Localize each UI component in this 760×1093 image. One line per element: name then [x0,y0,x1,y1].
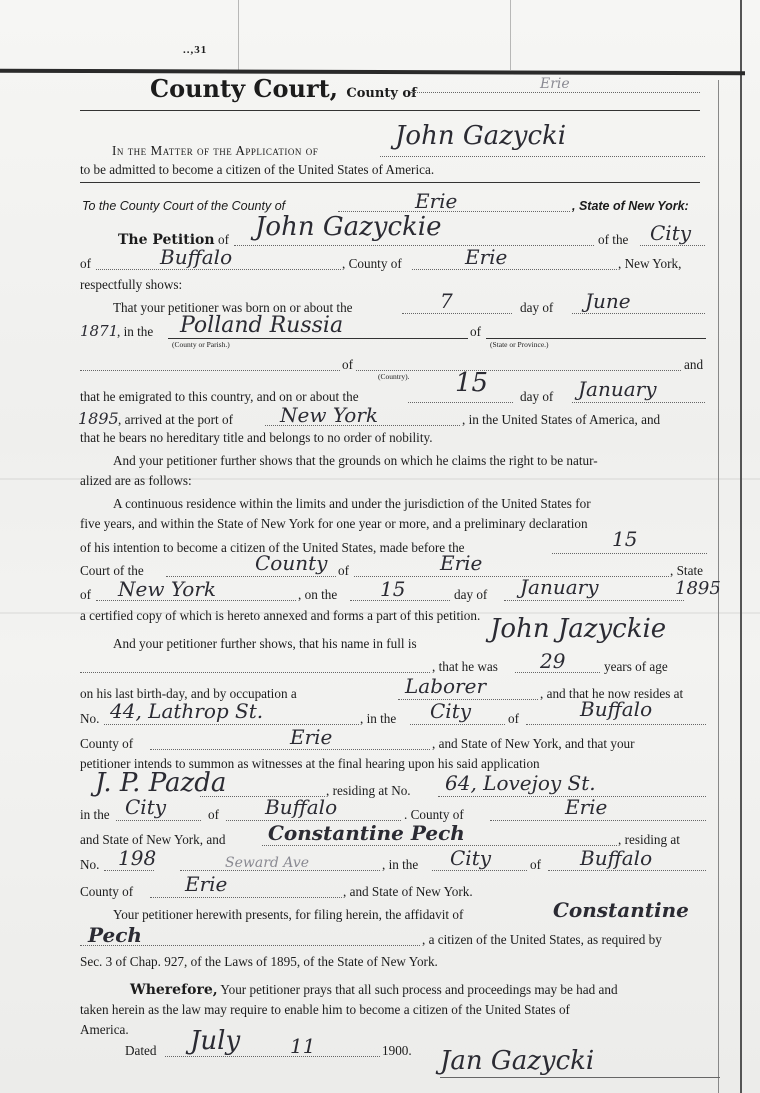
matter-prefix: In the Matter of the Application of [112,143,318,159]
birth-place: Polland Russia [180,315,343,337]
residence-type: City [430,700,471,722]
birth-year: 1871 [80,320,118,342]
affiant-first-name: Constantine [553,899,689,921]
declaration-day: 15 [380,578,405,600]
residence-address: 44, Lathrop St. [110,700,263,722]
witness1-county: Erie [565,796,607,818]
applicant-name: John Gazycki [395,125,566,147]
full-name: John Jazyckie [490,618,666,640]
petition-page: ..,31 County Court, County of Erie In th… [0,0,760,1093]
title-county-value: Erie [540,73,570,95]
declaration-court: County [255,552,327,574]
arrival-year: 1895 [78,408,119,430]
dated-year: 1900. [382,1043,412,1059]
residence-city: Buffalo [580,698,652,720]
age: 29 [540,650,565,672]
crease [238,0,239,70]
wherefore-paragraph: Wherefore, Your petitioner prays that al… [130,982,618,998]
witness2-county: Erie [185,873,227,895]
declaration-county: Erie [440,552,482,574]
witness1-address: 64, Lovejoy St. [445,772,596,794]
birth-month: June [585,290,631,312]
municipality-type: City [650,222,691,244]
witness2-city: Buffalo [580,847,652,869]
declaration-month: January [520,576,599,598]
witness2-street: Seward Ave [225,852,309,874]
affiant-last-name: Pech [88,924,142,946]
witness2-type: City [450,847,491,869]
witness1-city: Buffalo [265,796,337,818]
dated-month: July [190,1030,240,1052]
occupation: Laborer [405,675,486,697]
court-title: County Court, County of [150,74,417,103]
birth-day: 7 [440,290,453,312]
petitioner-name: John Gazyckie [255,216,442,238]
dated-day: 11 [290,1035,315,1057]
arrival-port: New York [280,404,378,426]
witness2-name: Constantine Pech [268,822,465,844]
county: Erie [465,246,507,268]
city: Buffalo [160,246,232,268]
declaration-state: New York [118,578,216,600]
page-edge [740,0,742,1093]
residence-county: Erie [290,726,332,748]
arrival-month: January [578,378,657,400]
stamp-mark: ..,31 [183,44,207,56]
to-court-county: Erie [415,190,457,212]
signature: Jan Gazycki [440,1050,594,1072]
intention-mark: 15 [612,528,637,550]
crease [510,0,511,70]
admitted-line: to be admitted to become a citizen of th… [80,162,434,178]
witness2-number: 198 [118,847,156,869]
declaration-year: 1895 [675,578,721,600]
arrival-day: 15 [455,372,488,394]
witness1-name: J. P. Pazda [95,772,226,794]
witness1-type: City [125,796,166,818]
